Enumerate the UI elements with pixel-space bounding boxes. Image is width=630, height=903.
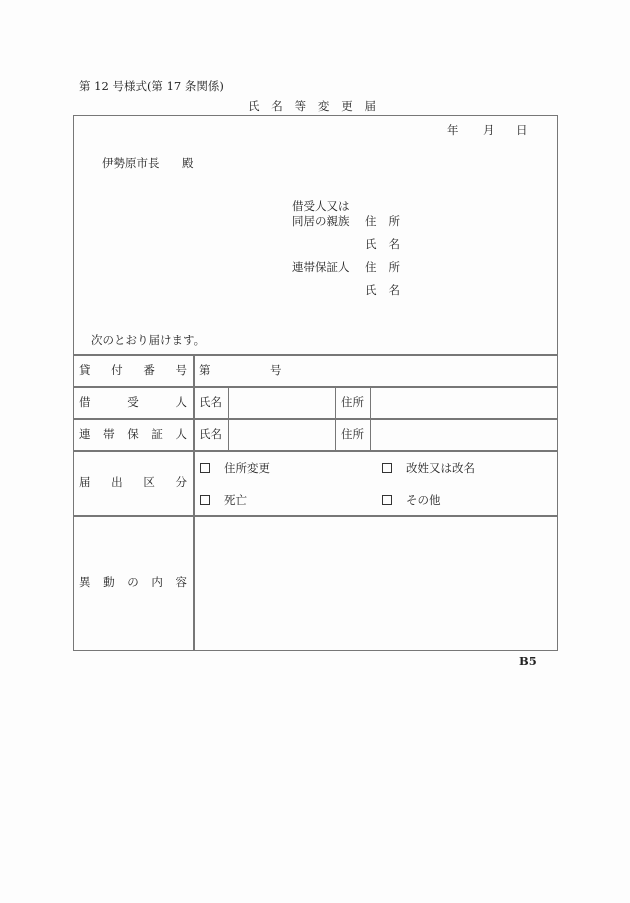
date-year-label: 年 — [447, 125, 459, 137]
category-label: 届 出 区 分 — [79, 477, 187, 489]
label-char: 住 — [365, 262, 377, 274]
guarantor-name-label: 氏名 — [199, 429, 222, 441]
option-death[interactable]: 死亡 — [200, 492, 247, 508]
label-char: 容 — [176, 577, 188, 589]
label-char: 付 — [111, 365, 123, 377]
title-char: 氏 — [248, 101, 260, 113]
guarantor-address-field[interactable] — [405, 258, 545, 276]
guarantor-row-address-field[interactable] — [373, 421, 555, 448]
borrower-or-relative-label-1: 借受人又は — [292, 201, 350, 213]
label-char: 人 — [176, 397, 188, 409]
guarantor-label: 連帯保証人 — [292, 262, 350, 274]
option-address-change[interactable]: 住所変更 — [200, 460, 270, 476]
label-char: 号 — [175, 365, 187, 377]
option-label: 改姓又は改名 — [406, 460, 475, 476]
title-char: 変 — [318, 101, 330, 113]
checkbox-icon[interactable] — [382, 495, 392, 505]
row-divider — [73, 354, 558, 356]
checkbox-icon[interactable] — [382, 463, 392, 473]
label-char: 動 — [103, 577, 115, 589]
option-name-change[interactable]: 改姓又は改名 — [382, 460, 475, 476]
row-divider — [73, 515, 558, 517]
paper-size: B5 — [519, 656, 537, 668]
label-char: 異 — [79, 577, 91, 589]
guarantor-address-label: 住所 — [365, 262, 400, 274]
column-divider — [193, 354, 195, 650]
label-char: 貸 — [79, 365, 91, 377]
label-char: 人 — [176, 429, 188, 441]
column-divider — [228, 386, 229, 450]
title-char: 名 — [271, 101, 283, 113]
label-char: 区 — [143, 477, 155, 489]
label-char: 保 — [127, 429, 139, 441]
intro-text: 次のとおり届けます。 — [91, 335, 205, 347]
label-char: 受 — [127, 397, 139, 409]
label-char: 借 — [79, 397, 91, 409]
row-divider — [73, 418, 558, 420]
details-field[interactable] — [196, 518, 555, 647]
borrower-name-label: 氏名 — [199, 397, 222, 409]
label-char: 証 — [151, 429, 163, 441]
label-char: 所 — [389, 216, 401, 228]
label-char: 住 — [365, 216, 377, 228]
loan-number-field[interactable] — [214, 360, 266, 380]
guarantor-name-label: 氏名 — [365, 285, 400, 297]
applicant-name-label: 氏名 — [365, 239, 400, 251]
label-char: 氏 — [365, 285, 377, 297]
label-char: の — [127, 577, 139, 589]
column-divider — [335, 386, 336, 450]
title-char: 更 — [341, 101, 353, 113]
guarantor-address-row-label: 住所 — [341, 429, 364, 441]
option-label: その他 — [406, 492, 441, 508]
form-number: 第 12 号様式(第 17 条関係) — [79, 81, 224, 93]
label-char: 出 — [111, 477, 123, 489]
date-month-label: 月 — [483, 125, 495, 137]
label-char: 名 — [389, 239, 401, 251]
title-char: 等 — [295, 101, 307, 113]
loan-number-label: 貸 付 番 号 — [79, 365, 187, 377]
borrower-name-field[interactable] — [230, 389, 333, 416]
option-label: 死亡 — [224, 492, 247, 508]
guarantor-row-name-field[interactable] — [230, 421, 333, 448]
loan-number-prefix: 第 — [199, 365, 211, 377]
label-char: 氏 — [365, 239, 377, 251]
column-divider — [370, 386, 371, 450]
borrower-label: 借 受 人 — [79, 397, 187, 409]
addressee-name: 伊勢原市長 — [102, 158, 160, 170]
checkbox-icon[interactable] — [200, 495, 210, 505]
option-label: 住所変更 — [224, 460, 270, 476]
title-char: 届 — [364, 101, 376, 113]
date-day-label: 日 — [516, 125, 528, 137]
applicant-address-field[interactable] — [405, 212, 545, 230]
guarantor-row-label: 連 帯 保 証 人 — [79, 429, 187, 441]
guarantor-name-field[interactable] — [405, 281, 545, 299]
form-title: 氏 名 等 変 更 届 — [248, 101, 376, 113]
label-char: 届 — [79, 477, 91, 489]
label-char: 内 — [151, 577, 163, 589]
row-divider — [73, 450, 558, 452]
borrower-address-field[interactable] — [373, 389, 555, 416]
details-label: 異 動 の 内 容 — [79, 577, 187, 589]
applicant-name-field[interactable] — [405, 235, 545, 253]
borrower-or-relative-label-2: 同居の親族 — [292, 216, 350, 228]
option-other[interactable]: その他 — [382, 492, 441, 508]
checkbox-icon[interactable] — [200, 463, 210, 473]
label-char: 分 — [175, 477, 187, 489]
label-char: 所 — [389, 262, 401, 274]
label-char: 連 — [79, 429, 91, 441]
applicant-address-label: 住所 — [365, 216, 400, 228]
row-divider — [73, 386, 558, 388]
loan-number-suffix: 号 — [270, 365, 282, 377]
label-char: 帯 — [103, 429, 115, 441]
label-char: 名 — [389, 285, 401, 297]
addressee-honorific: 殿 — [182, 158, 194, 170]
label-char: 番 — [143, 365, 155, 377]
borrower-address-label: 住所 — [341, 397, 364, 409]
